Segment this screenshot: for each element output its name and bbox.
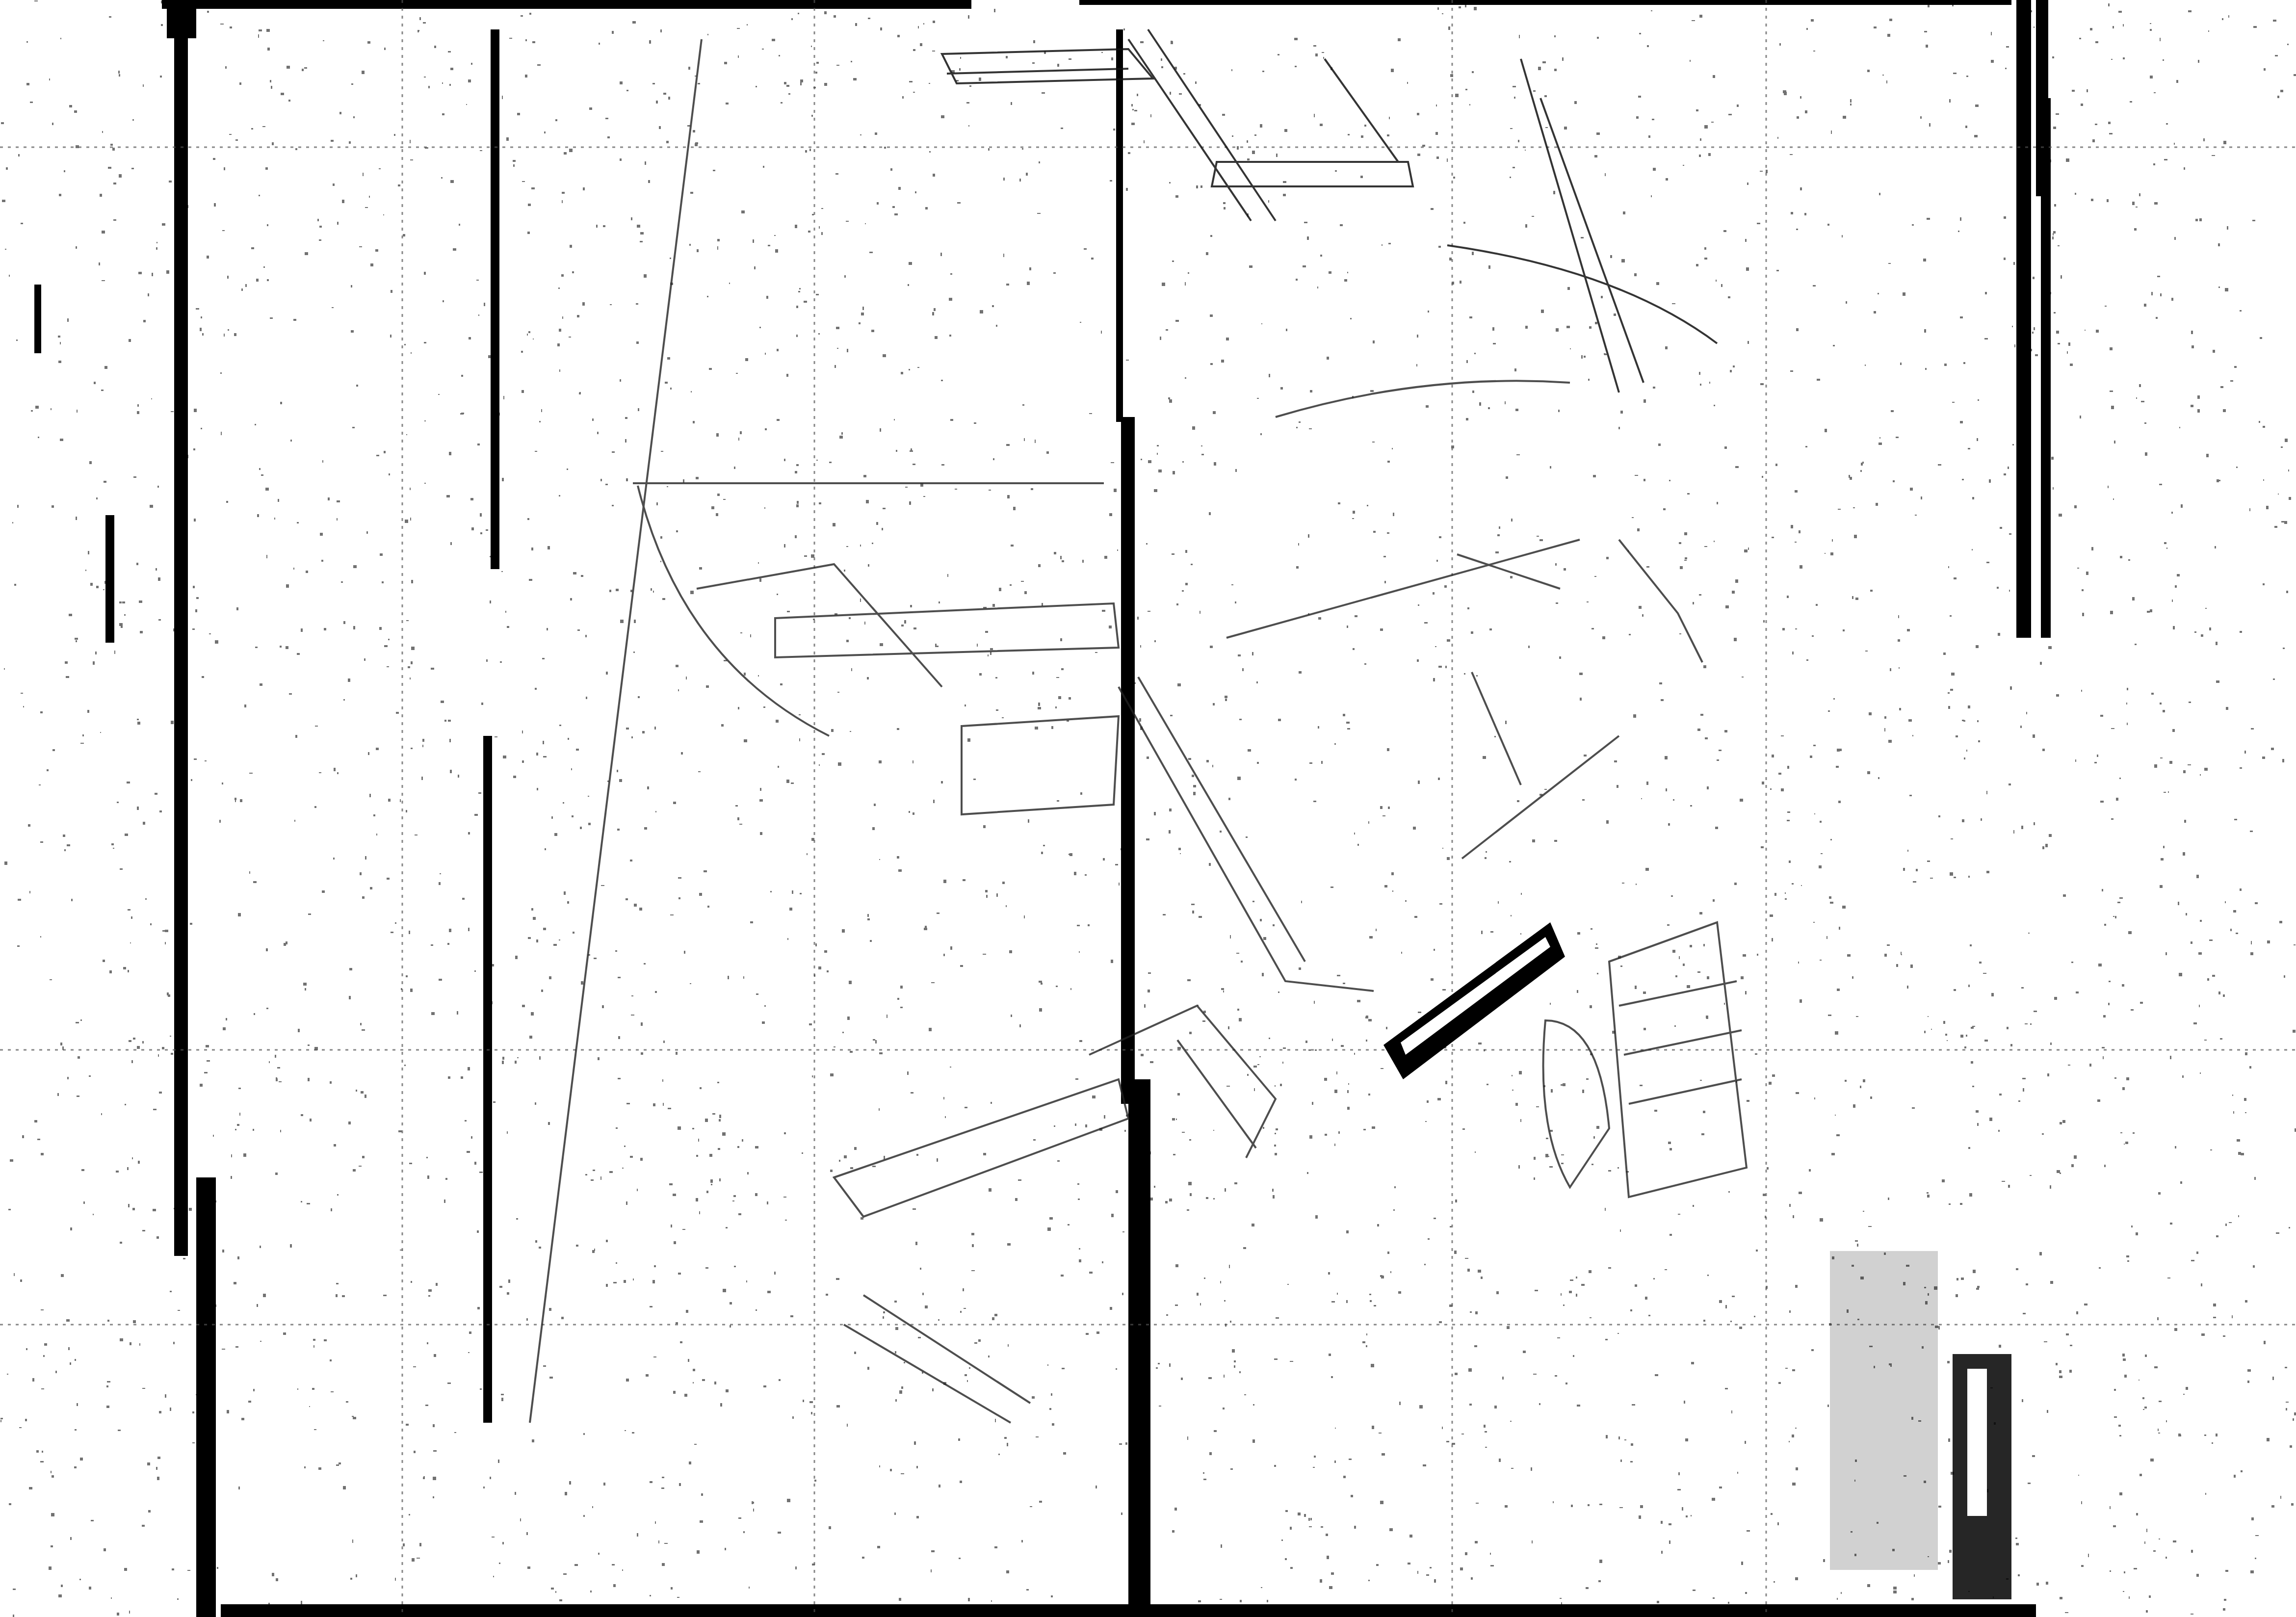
scanned-map <box>0 0 2296 1617</box>
